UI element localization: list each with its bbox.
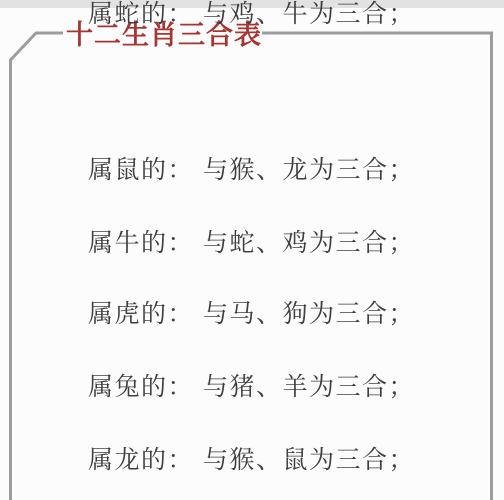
zodiac-label: 属牛的： bbox=[88, 229, 194, 257]
zodiac-harmony-text: 与猴、鼠为三合； bbox=[203, 446, 415, 474]
zodiac-harmony-text: 与猪、羊为三合； bbox=[203, 373, 415, 401]
zodiac-harmony-text: 与鸡、牛为三合； bbox=[203, 0, 415, 28]
page: 十二生肖三合表 属鼠的： 与猴、龙为三合； 属牛的： 与蛇、鸡为三合； 属虎的：… bbox=[0, 0, 504, 500]
zodiac-row-snake: 属蛇的： 与鸡、牛为三合； bbox=[88, 0, 415, 28]
zodiac-harmony-text: 与蛇、鸡为三合； bbox=[203, 229, 415, 257]
zodiac-label: 属龙的： bbox=[88, 446, 194, 474]
zodiac-label: 属兔的： bbox=[88, 373, 194, 401]
zodiac-row-rabbit: 属兔的： 与猪、羊为三合； bbox=[88, 373, 415, 401]
zodiac-row-tiger: 属虎的： 与马、狗为三合； bbox=[88, 300, 415, 328]
zodiac-label: 属蛇的： bbox=[88, 0, 194, 28]
zodiac-row-ox: 属牛的： 与蛇、鸡为三合； bbox=[88, 229, 415, 257]
zodiac-row-dragon: 属龙的： 与猴、鼠为三合； bbox=[88, 446, 415, 474]
zodiac-row-rat: 属鼠的： 与猴、龙为三合； bbox=[88, 156, 415, 184]
zodiac-label: 属鼠的： bbox=[88, 156, 194, 184]
zodiac-harmony-text: 与猴、龙为三合； bbox=[203, 156, 415, 184]
zodiac-label: 属虎的： bbox=[88, 300, 194, 328]
zodiac-harmony-text: 与马、狗为三合； bbox=[203, 300, 415, 328]
